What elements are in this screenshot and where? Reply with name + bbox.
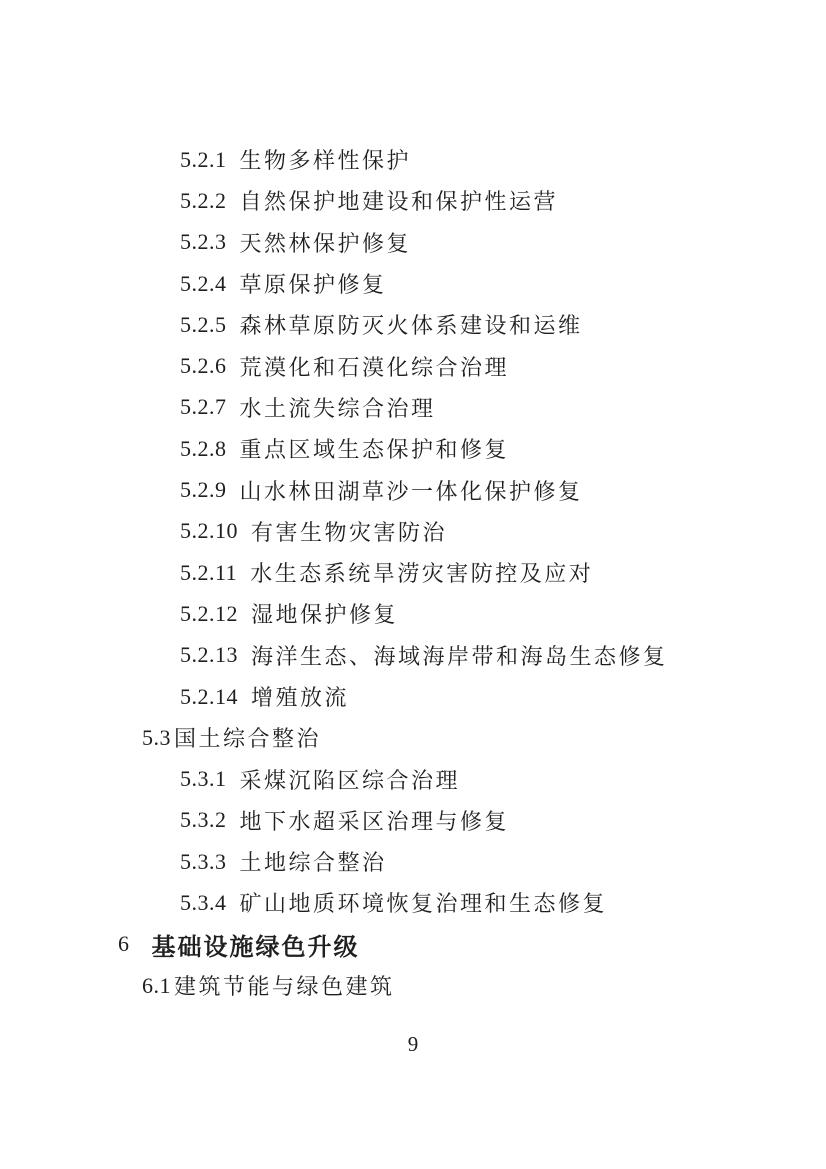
toc-item-number: 5.2.7	[180, 394, 227, 420]
toc-item-label: 森林草原防灭火体系建设和运维	[240, 309, 583, 340]
toc-item: 5.2.10有害生物灾害防治	[0, 511, 826, 552]
toc-item-label: 荒漠化和石漠化综合治理	[240, 351, 510, 382]
toc-item-number: 6	[118, 931, 130, 957]
toc-item: 6基础设施绿色升级	[0, 924, 826, 965]
toc-item: 5.2.4草原保护修复	[0, 263, 826, 304]
toc-item: 6.1建筑节能与绿色建筑	[0, 965, 826, 1006]
toc-item-number: 5.2.2	[180, 188, 227, 214]
toc-item-number: 5.2.13	[180, 642, 238, 668]
toc-item-number: 5.2.11	[180, 560, 237, 586]
toc-item-label: 基础设施绿色升级	[152, 927, 360, 962]
toc-item: 5.2.1生物多样性保护	[0, 139, 826, 180]
toc-item: 5.2.13海洋生态、海域海岸带和海岛生态修复	[0, 635, 826, 676]
toc-item-number: 5.2.12	[180, 601, 238, 627]
toc-item: 5.2.3天然林保护修复	[0, 222, 826, 263]
toc-item-number: 5.3.3	[180, 849, 227, 875]
toc-item: 5.2.6荒漠化和石漠化综合治理	[0, 345, 826, 386]
toc-item-label: 山水林田湖草沙一体化保护修复	[240, 475, 583, 506]
toc-item: 5.3.2地下水超采区治理与修复	[0, 800, 826, 841]
toc-item-number: 5.3.4	[180, 890, 227, 916]
toc-item-number: 5.2.14	[180, 684, 238, 710]
toc-item-number: 5.2.9	[180, 477, 227, 503]
toc-item-label: 水土流失综合治理	[240, 392, 436, 423]
toc-item-label: 国土综合整治	[174, 722, 321, 753]
toc-item-number: 5.2.6	[180, 353, 227, 379]
toc-item: 5.3国土综合整治	[0, 717, 826, 758]
toc-item: 5.3.4矿山地质环境恢复治理和生态修复	[0, 882, 826, 923]
toc-item: 5.2.7水土流失综合治理	[0, 387, 826, 428]
toc-item: 5.2.2自然保护地建设和保护性运营	[0, 180, 826, 221]
toc-item: 5.2.8重点区域生态保护和修复	[0, 428, 826, 469]
toc-item: 5.2.9山水林田湖草沙一体化保护修复	[0, 469, 826, 510]
toc-item-number: 5.3.2	[180, 807, 227, 833]
toc-item-number: 5.2.10	[180, 518, 238, 544]
toc-item-label: 地下水超采区治理与修复	[240, 805, 510, 836]
toc-item-number: 5.2.8	[180, 436, 227, 462]
toc-item-label: 湿地保护修复	[251, 598, 398, 629]
toc-item-label: 水生态系统旱涝灾害防控及应对	[250, 557, 593, 588]
toc-item-number: 5.3.1	[180, 766, 227, 792]
toc-item-number: 6.1	[142, 973, 171, 999]
toc-item-label: 建筑节能与绿色建筑	[174, 970, 395, 1001]
toc-item-label: 草原保护修复	[240, 268, 387, 299]
toc-item-label: 重点区域生态保护和修复	[240, 433, 510, 464]
toc-item: 5.2.5森林草原防灭火体系建设和运维	[0, 304, 826, 345]
toc-item: 5.2.14增殖放流	[0, 676, 826, 717]
toc-item-label: 土地综合整治	[240, 846, 387, 877]
toc-item-label: 自然保护地建设和保护性运营	[240, 185, 559, 216]
toc-item-number: 5.2.1	[180, 147, 227, 173]
toc-item-label: 有害生物灾害防治	[251, 516, 447, 547]
toc-item-number: 5.2.5	[180, 312, 227, 338]
document-page: 5.2.1生物多样性保护5.2.2自然保护地建设和保护性运营5.2.3天然林保护…	[0, 0, 826, 1169]
toc-item-label: 矿山地质环境恢复治理和生态修复	[240, 887, 608, 918]
toc-item-label: 采煤沉陷区综合治理	[240, 764, 461, 795]
toc-item-label: 天然林保护修复	[240, 227, 412, 258]
toc-item-number: 5.2.4	[180, 271, 227, 297]
toc-item-label: 生物多样性保护	[240, 144, 412, 175]
toc-item-label: 增殖放流	[251, 681, 349, 712]
toc-item-number: 5.3	[142, 725, 171, 751]
toc-item: 5.2.12湿地保护修复	[0, 593, 826, 634]
toc-item: 5.3.3土地综合整治	[0, 841, 826, 882]
toc-list: 5.2.1生物多样性保护5.2.2自然保护地建设和保护性运营5.2.3天然林保护…	[0, 139, 826, 1006]
toc-item: 5.2.11水生态系统旱涝灾害防控及应对	[0, 552, 826, 593]
toc-item-label: 海洋生态、海域海岸带和海岛生态修复	[251, 640, 668, 671]
page-number: 9	[0, 1032, 826, 1057]
toc-item: 5.3.1采煤沉陷区综合治理	[0, 758, 826, 799]
toc-item-number: 5.2.3	[180, 229, 227, 255]
